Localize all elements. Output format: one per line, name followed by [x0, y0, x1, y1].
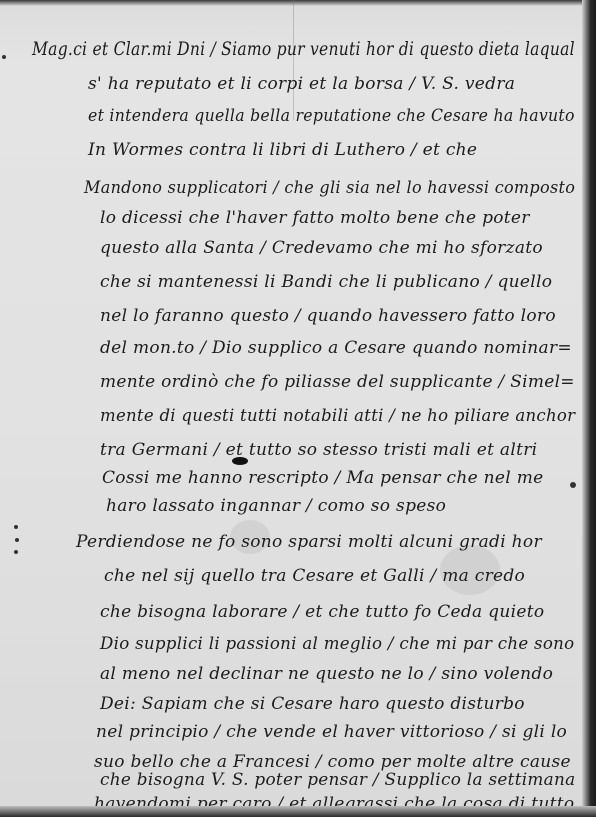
manuscript-line-2: s' ha reputato et li corpi et la borsa /… — [88, 74, 515, 94]
manuscript-line-7: questo alla Santa / Credevamo che mi ho … — [100, 238, 543, 258]
manuscript-line-13: tra Germani / et tutto so stesso tristi … — [100, 440, 537, 460]
ink-speck — [14, 550, 18, 554]
manuscript-line-14: Cossi me hanno rescripto / Ma pensar che… — [102, 468, 544, 488]
manuscript-line-23: suo bello che a Francesi / como per molt… — [94, 752, 571, 772]
manuscript-line-18: che bisogna laborare / et che tutto fo C… — [100, 602, 544, 622]
manuscript-line-6: lo dicessi che l'haver fatto molto bene … — [100, 208, 530, 228]
manuscript-line-16: Perdiendose ne fo sono sparsi molti alcu… — [76, 532, 542, 552]
manuscript-line-11: mente ordinò che fo piliasse del supplic… — [100, 372, 575, 392]
ink-speck — [570, 482, 576, 488]
paper-fold-crease — [293, 0, 294, 120]
manuscript-line-19: Dio supplici li passioni al meglio / che… — [100, 634, 574, 654]
manuscript-line-24: che bisogna V. S. poter pensar / Supplic… — [100, 770, 575, 790]
manuscript-line-8: che si mantenessi li Bandi che li public… — [100, 272, 552, 292]
manuscript-line-20: al meno nel declinar ne questo ne lo / s… — [100, 664, 553, 684]
manuscript-line-15: haro lassato ingannar / como so speso — [106, 496, 446, 516]
manuscript-line-12: mente di questi tutti notabili atti / ne… — [100, 406, 575, 426]
manuscript-line-4: In Wormes contra li libri di Luthero / e… — [88, 140, 477, 160]
ink-speck — [14, 525, 18, 529]
manuscript-line-10: del mon.to / Dio supplico a Cesare quand… — [100, 338, 572, 358]
manuscript-line-3: et intendera quella bella reputatione ch… — [88, 106, 575, 126]
manuscript-line-17: che nel sij quello tra Cesare et Galli /… — [104, 566, 525, 586]
manuscript-page: Mag.ci et Clar.mi Dni / Siamo pur venuti… — [0, 0, 590, 812]
scan-top-shadow — [0, 0, 590, 6]
manuscript-line-1: Mag.ci et Clar.mi Dni / Siamo pur venuti… — [32, 38, 575, 60]
scan-right-edge — [582, 0, 596, 817]
ink-speck — [2, 55, 6, 59]
manuscript-line-9: nel lo faranno questo / quando havessero… — [100, 306, 556, 326]
ink-speck — [15, 538, 19, 542]
manuscript-line-21: Dei: Sapiam che si Cesare haro questo di… — [100, 694, 525, 714]
manuscript-line-5: Mandono supplicatori / che gli sia nel l… — [84, 178, 575, 198]
manuscript-line-22: nel principio / che vende el haver vitto… — [96, 722, 567, 742]
scan-bottom-edge — [0, 806, 596, 817]
